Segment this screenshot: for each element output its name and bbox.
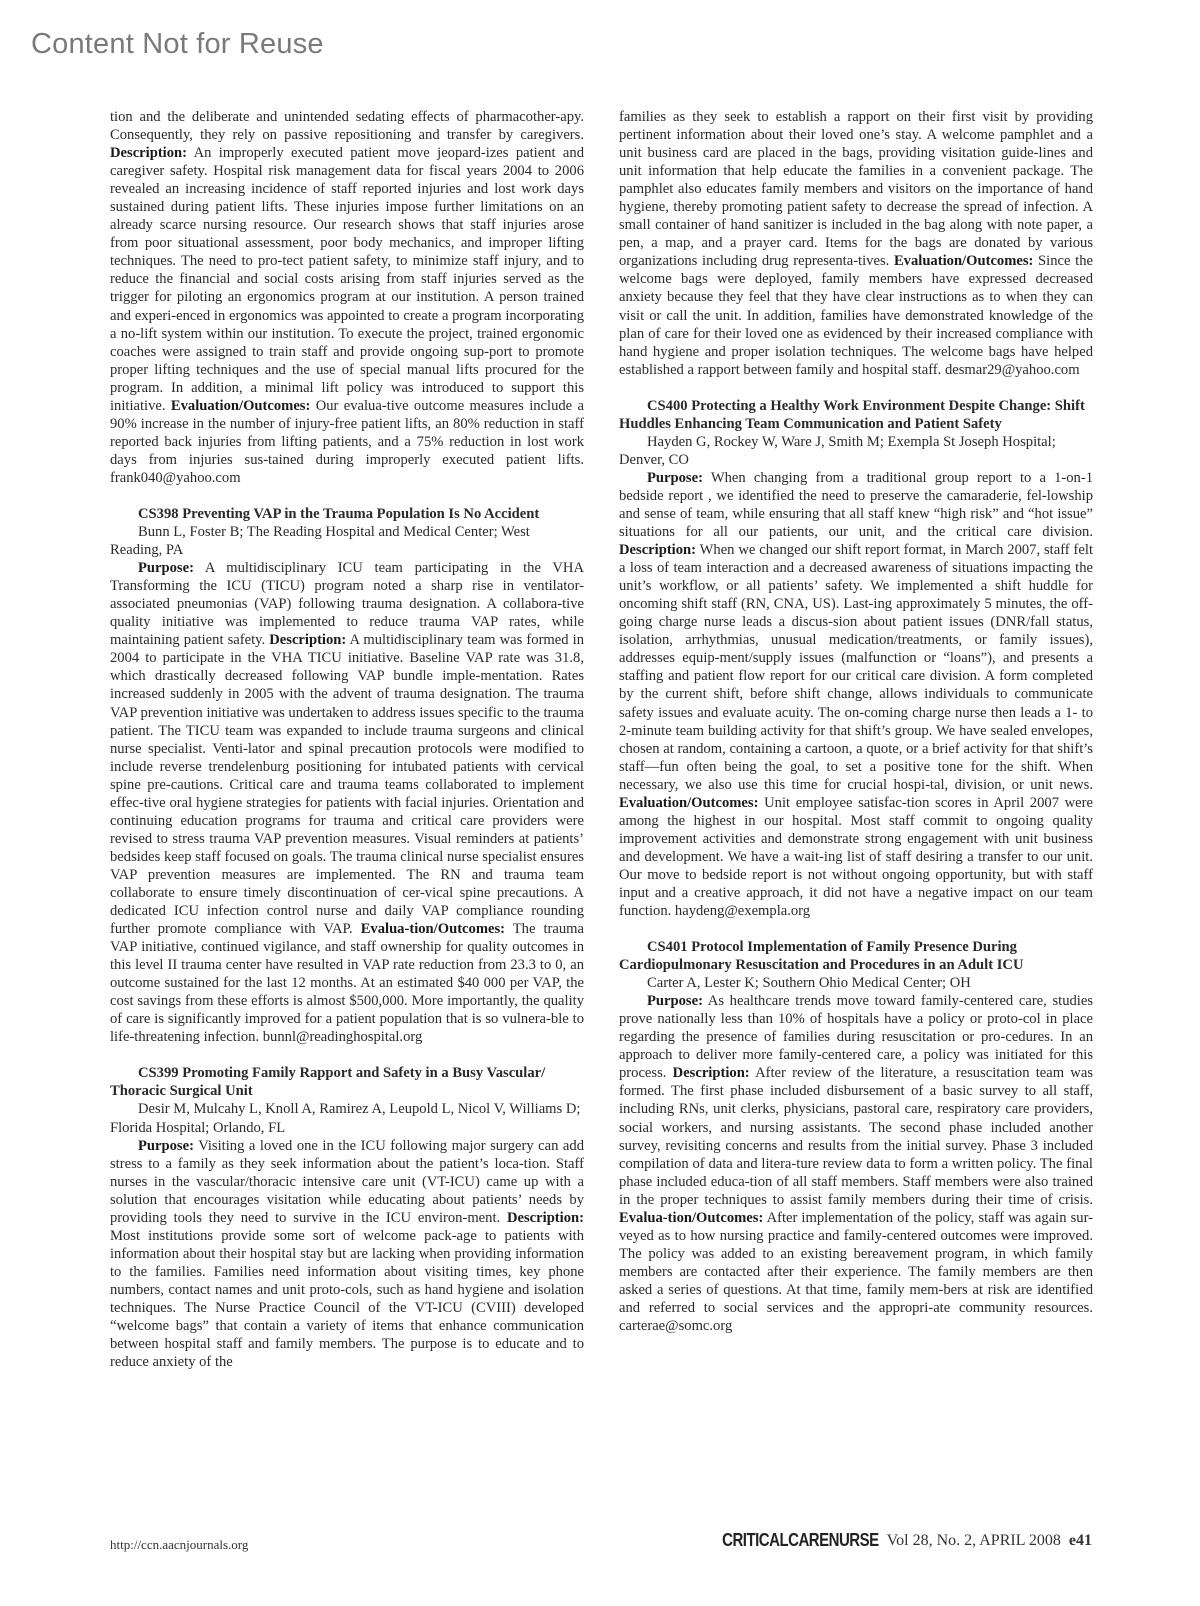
continuation-paragraph-cs399: families as they seek to establish a rap… [619, 108, 1093, 379]
continuation-paragraph: tion and the deliberate and unintended s… [110, 108, 584, 487]
description-label: Description: [269, 632, 346, 648]
watermark: Content Not for Reuse [31, 28, 324, 61]
abstract-title-cs398: CS398 Preventing VAP in the Trauma Popul… [110, 505, 584, 523]
abstract-title-cs399: CS399 Promoting Family Rapport and Safet… [110, 1064, 584, 1100]
purpose-label: Purpose: [138, 560, 194, 576]
abstract-authors-cs398: Bunn L, Foster B; The Reading Hospital a… [110, 523, 584, 559]
page-number: e41 [1069, 1532, 1092, 1550]
purpose-label: Purpose: [138, 1138, 194, 1154]
abstract-body-cs399: Purpose: Visiting a loved one in the ICU… [110, 1137, 584, 1372]
evaluation-label: Evalua-tion/Outcomes: [619, 1210, 763, 1226]
evaluation-label: Evalua-tion/Outcomes: [361, 921, 505, 937]
abstract-authors-cs399: Desir M, Mulcahy L, Knoll A, Ramirez A, … [110, 1100, 584, 1136]
footer-citation: CRITICALCARENURSE Vol 28, No. 2, APRIL 2… [722, 1532, 1092, 1550]
abstract-authors-cs401: Carter A, Lester K; Southern Ohio Medica… [619, 974, 1093, 992]
abstract-authors-cs400: Hayden G, Rockey W, Ware J, Smith M; Exe… [619, 433, 1093, 469]
evaluation-label: Evaluation/Outcomes: [171, 398, 310, 414]
purpose-label: Purpose: [647, 470, 703, 486]
description-label: Description: [110, 145, 187, 161]
description-label: Description: [619, 542, 696, 558]
issue-info: Vol 28, No. 2, APRIL 2008 [887, 1532, 1061, 1550]
abstract-title-cs400: CS400 Protecting a Healthy Work Environm… [619, 397, 1093, 433]
description-label: Description: [673, 1065, 750, 1081]
abstract-body-cs401: Purpose: As healthcare trends move towar… [619, 992, 1093, 1335]
abstract-body-cs400: Purpose: When changing from a traditiona… [619, 469, 1093, 920]
evaluation-label: Evaluation/Outcomes: [619, 795, 758, 811]
description-label: Description: [507, 1210, 584, 1226]
abstract-body-cs398: Purpose: A multidisciplinary ICU team pa… [110, 559, 584, 1046]
right-column: families as they seek to establish a rap… [619, 108, 1093, 1335]
purpose-label: Purpose: [647, 993, 703, 1009]
left-column: tion and the deliberate and unintended s… [110, 108, 584, 1371]
abstract-title-cs401: CS401 Protocol Implementation of Family … [619, 938, 1093, 974]
journal-logo: CRITICALCARENURSE [722, 1530, 879, 1551]
evaluation-label: Evaluation/Outcomes: [894, 253, 1033, 269]
footer-url[interactable]: http://ccn.aacnjournals.org [110, 1537, 248, 1553]
